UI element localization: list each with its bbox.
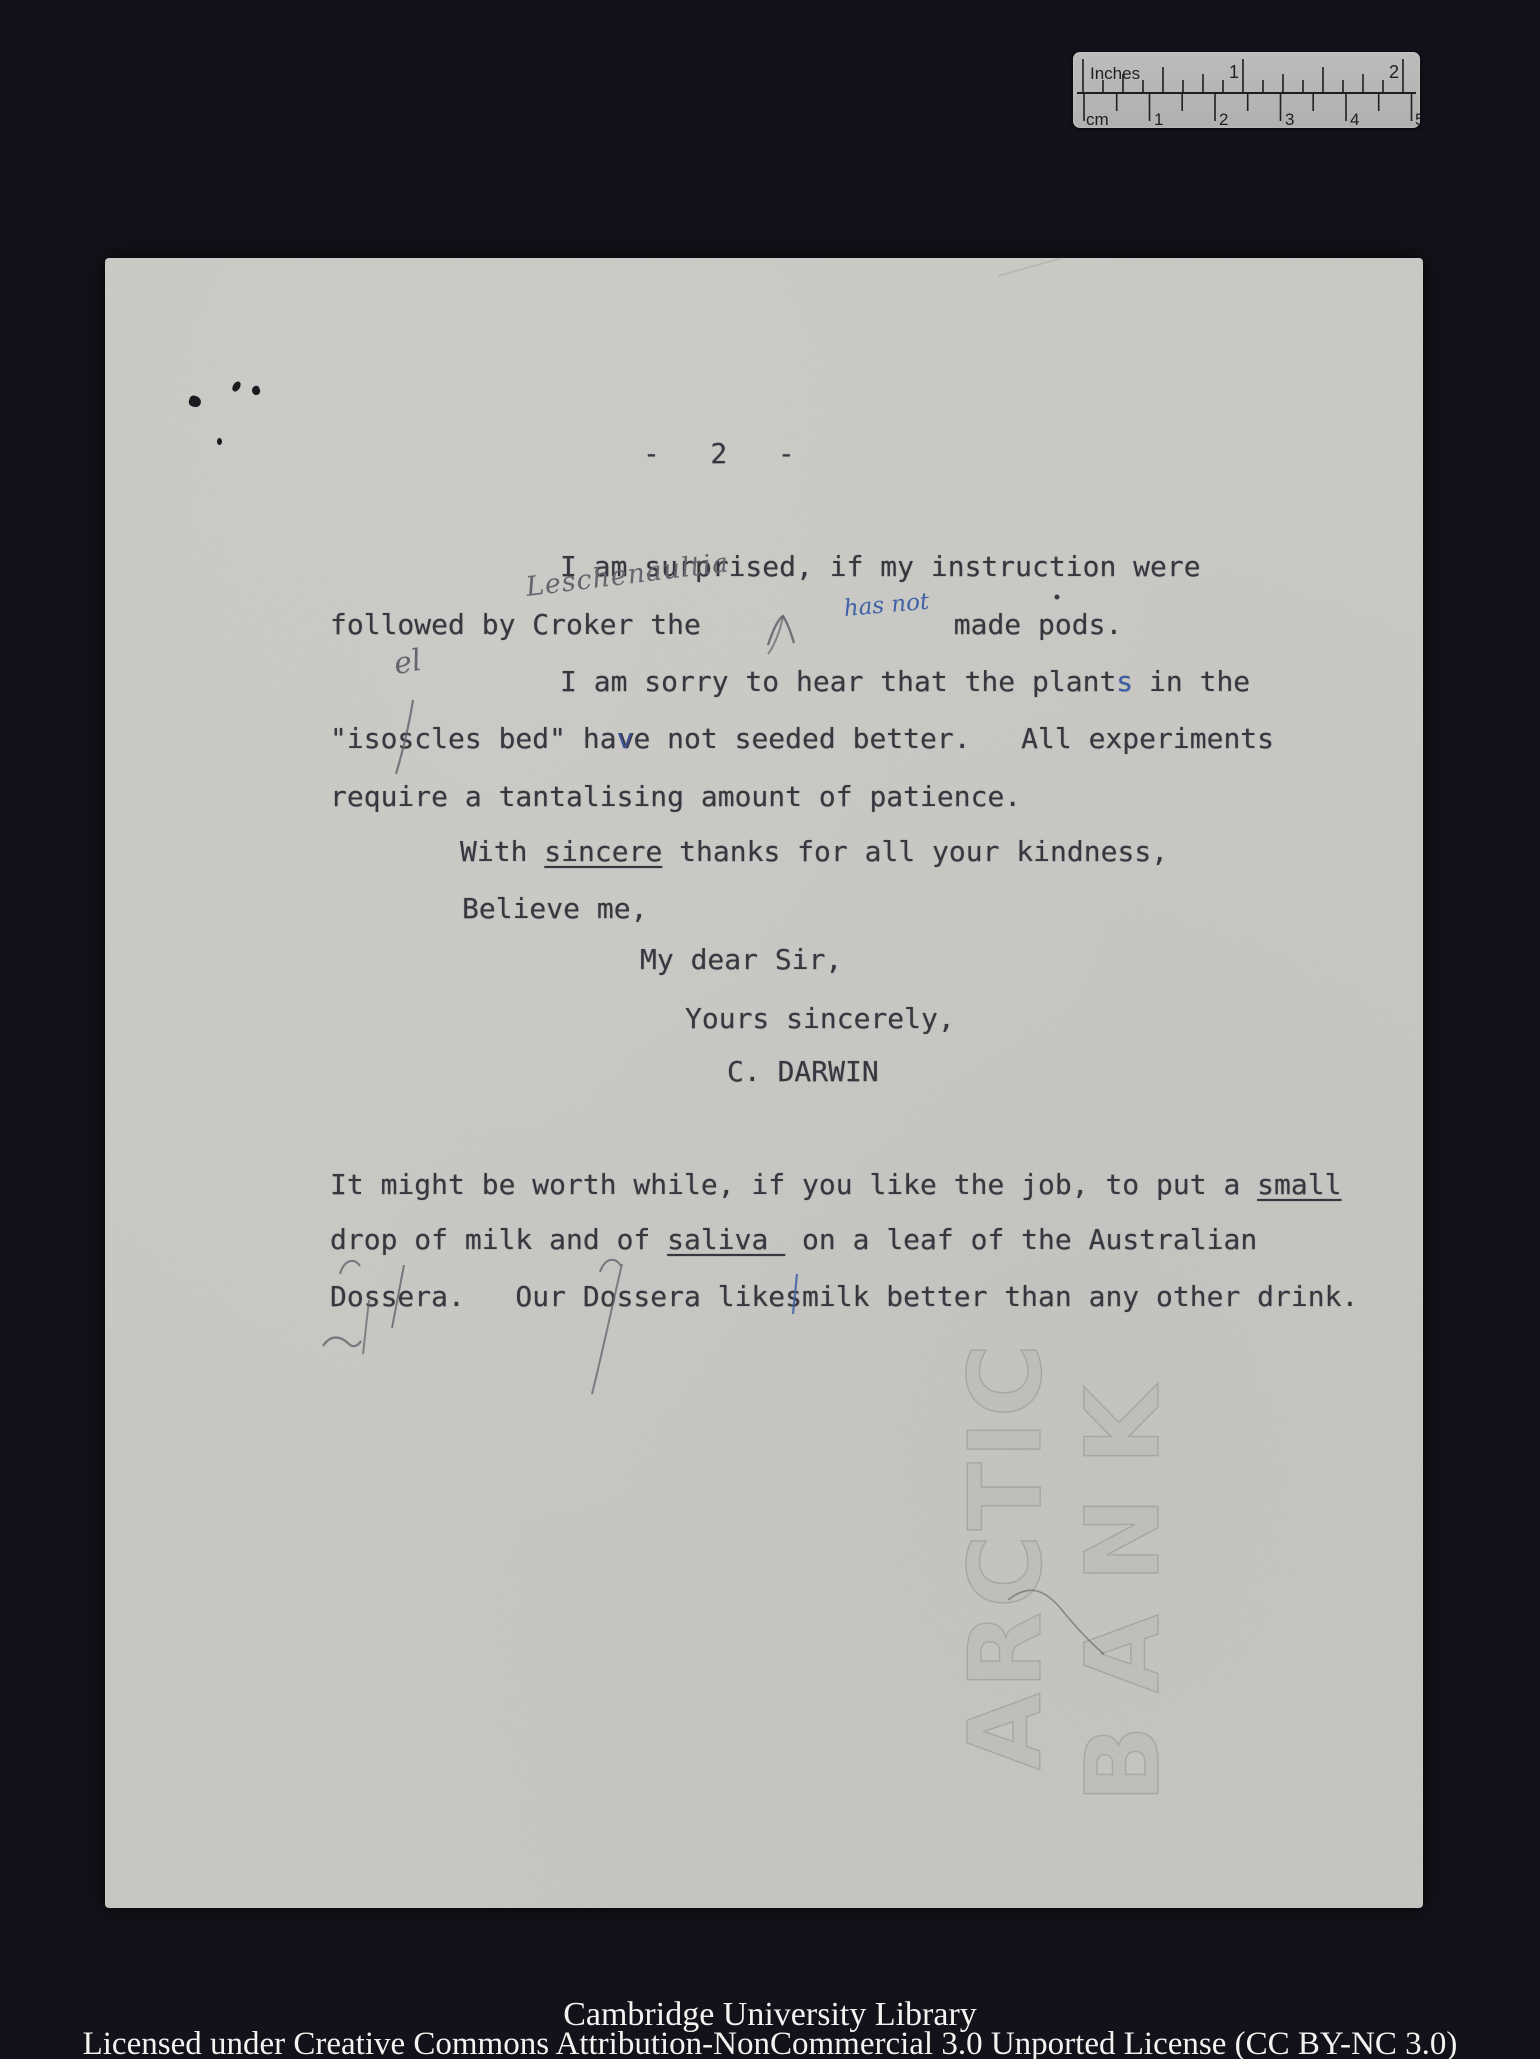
ruler-cm-4: 4 (1350, 110, 1359, 128)
page-number: - 2 - (643, 440, 795, 468)
footer-credit-license: Licensed under Creative Commons Attribut… (0, 2028, 1540, 2059)
ruler-cm-1: 1 (1154, 110, 1163, 128)
typed-line-3-text-b: in the (1132, 665, 1250, 698)
typed-line-7: Believe me, (462, 895, 647, 923)
blue-inserted-s: s (1116, 665, 1129, 698)
ruler-cm-3: 3 (1285, 110, 1294, 128)
signature: C. DARWIN (727, 1058, 879, 1086)
ruler-inch-1: 1 (1229, 62, 1239, 82)
valediction-salutation: My dear Sir, (640, 946, 842, 974)
ruler: Inches cm 1 2 1 2 3 4 5 (1073, 52, 1420, 128)
ruler-cm-label: cm (1086, 110, 1109, 128)
ruler-markings: Inches cm 1 2 1 2 3 4 5 (1073, 52, 1420, 128)
blue-overtyped-v: v (617, 722, 634, 755)
postscript-line-2: drop of milk and of saliva on a leaf of … (330, 1226, 1257, 1254)
typed-line-4: "isoscles bed" have not seeded better. A… (330, 725, 1274, 753)
ruler-cm-2: 2 (1219, 110, 1228, 128)
typed-line-5: require a tantalising amount of patience… (330, 783, 1021, 811)
ruler-cm-5: 5 (1415, 110, 1420, 128)
typed-line-4-text-b: e not seeded better. All experiments (633, 722, 1274, 755)
underlined-small: small (1257, 1168, 1341, 1201)
typed-line-6: With sincere thanks for all your kindnes… (460, 838, 1168, 866)
postscript-line-3: Dossera. Our Dossera likesmilk better th… (330, 1283, 1358, 1311)
typed-line-6-text: With (460, 835, 544, 868)
typed-line-3: I am sorry to hear that the plants in th… (560, 668, 1250, 696)
postscript-line-1-text: It might be worth while, if you like the… (330, 1168, 1257, 1201)
ruler-inches-label: Inches (1090, 64, 1140, 83)
ruler-inch-2: 2 (1389, 62, 1399, 82)
underlined-sincere: sincere (544, 835, 662, 868)
typed-line-2: followed by Croker the made pods. (330, 611, 1122, 639)
postscript-line-1: It might be worth while, if you like the… (330, 1171, 1341, 1199)
valediction-closing: Yours sincerely, (685, 1005, 955, 1033)
typed-line-3-text: I am sorry to hear that the plant (560, 665, 1116, 698)
pencil-annotation-el: el (391, 643, 424, 682)
watermark-arctic: ARCTIC (947, 1320, 1057, 1790)
typed-line-6-text-b: thanks for all your kindness, (662, 835, 1168, 868)
underlined-saliva: saliva (667, 1223, 785, 1256)
postscript-line-2-text: drop of milk and of (330, 1223, 667, 1256)
postscript-line-2-text-b: on a leaf of the Australian (785, 1223, 1257, 1256)
watermark-bank: BANK (1064, 1373, 1176, 1803)
scanned-letter-photo: { "ruler": { "inches_label": "Inches", "… (0, 0, 1540, 2059)
paper-speck (217, 438, 222, 445)
typed-line-4-text: "isoscles bed" ha (330, 722, 617, 755)
